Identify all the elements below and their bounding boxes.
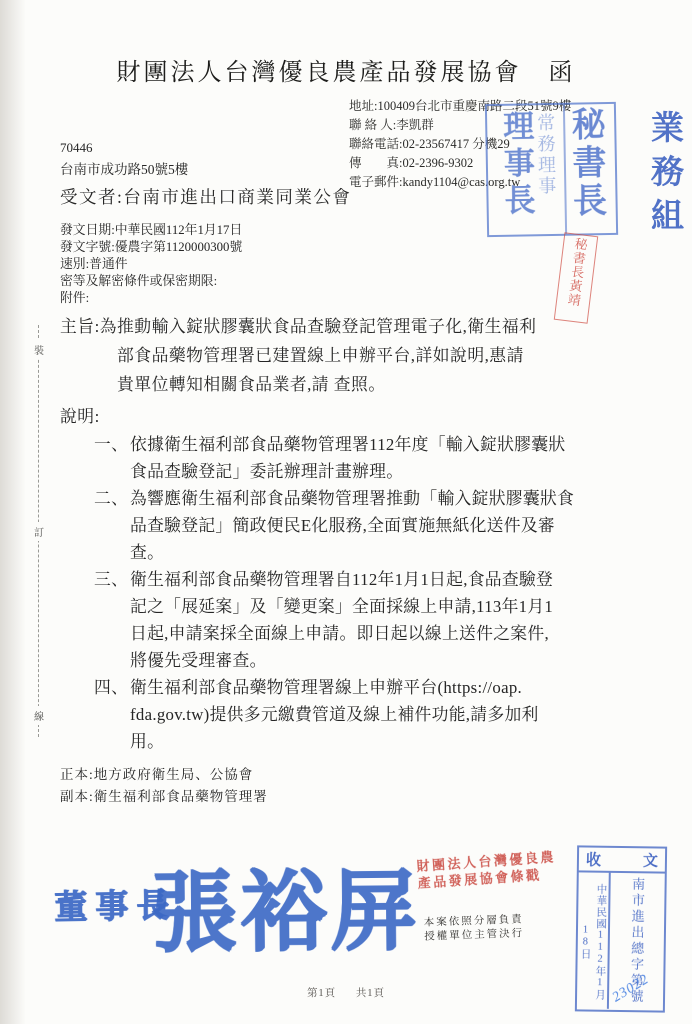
binding-mark-xian: 線 xyxy=(33,706,45,725)
list-item-line: 品查驗登記」簡政便民E化服務,全面實施無紙化送件及審 xyxy=(130,512,574,539)
list-item: 一、 依據衛生福利部食品藥物管理署112年度「輸入錠狀膠囊狀 食品查驗登記」委託… xyxy=(60,431,574,485)
receive-stamp-header-right: 文 xyxy=(643,849,658,870)
recipient-zip: 70446 xyxy=(60,140,93,156)
meta-classification: 密等及解密條件或保密期限: xyxy=(60,273,242,290)
list-item: 四、 衛生福利部食品藥物管理署線上申辦平台(https://oap. fda.g… xyxy=(60,674,574,755)
document-title: 財團法人台灣優良農產品發展協會 函 xyxy=(0,52,692,87)
meta-speed: 速別:普通件 xyxy=(60,256,242,273)
list-item-line: 食品查驗登記」委託辦理計畫辦理。 xyxy=(130,458,574,485)
list-item-line: 用。 xyxy=(130,728,574,755)
receive-stamp-number-column: 南市進出總字第號 23022 xyxy=(609,873,665,1010)
list-item: 三、 衛生福利部食品藥物管理署自112年1月1日起,食品查驗登 記之「展延案」及… xyxy=(60,566,574,674)
scanned-letter-page: 裝 訂 線 財團法人台灣優良農產品發展協會 函 地址:100409台北市重慶南路… xyxy=(0,0,692,1024)
binding-mark-ding: 訂 xyxy=(33,522,45,541)
approval-box-stamp: 理事長 常務理事 秘書長 xyxy=(485,102,618,237)
department-stamp: 業務組 xyxy=(641,110,688,242)
signature-name-stamp: 張裕屏 xyxy=(149,840,420,969)
list-item-marker: 二、 xyxy=(94,485,128,512)
list-item-line: fda.gov.tw)提供多元繳費管道及線上補件功能,請多加利 xyxy=(130,701,574,728)
page-total: 共1頁 xyxy=(356,988,385,999)
document-meta-block: 發文日期:中華民國112年1月17日 發文字號:優農字第1120000300號 … xyxy=(60,222,242,307)
list-item-line: 為響應衛生福利部食品藥物管理署推動「輸入錠狀膠囊狀食 xyxy=(130,485,574,512)
list-item-marker: 一、 xyxy=(94,431,128,458)
receive-stamp-date: 中華民國112年1月18日 xyxy=(577,872,611,1008)
subject-line: 貴單位轉知相關食品業者,請 查照。 xyxy=(117,370,536,399)
binding-marks: 裝 訂 線 xyxy=(33,325,45,737)
meta-issue-number: 發文字號:優農字第1120000300號 xyxy=(60,239,242,256)
copies-cc: 副本:衛生福利部食品藥物管理署 xyxy=(60,785,268,805)
list-item-line: 將優先受理審查。 xyxy=(130,647,574,674)
explanation-list: 一、 依據衛生福利部食品藥物管理署112年度「輸入錠狀膠囊狀 食品查驗登記」委託… xyxy=(60,431,574,755)
list-item: 二、 為響應衛生福利部食品藥物管理署推動「輸入錠狀膠囊狀食 品查驗登記」簡政便民… xyxy=(60,485,574,566)
meta-attachment: 附件: xyxy=(60,290,242,307)
association-strip-stamp: 財團法人台灣優良農 產品發展協會條戳 xyxy=(416,848,558,892)
list-item-marker: 三、 xyxy=(94,566,128,593)
list-item-line: 查。 xyxy=(130,539,574,566)
receive-stamp-header: 收 文 xyxy=(579,847,665,873)
meta-issue-date: 發文日期:中華民國112年1月17日 xyxy=(60,222,242,239)
list-item-line: 衛生福利部食品藥物管理署線上申辦平台(https://oap. xyxy=(130,674,574,701)
explanation-label: 說明: xyxy=(60,403,100,427)
approval-role-secretary-general: 秘書長 xyxy=(560,106,611,221)
subject-line: 主旨:為推動輸入錠狀膠囊狀食品查驗登記管理電子化,衛生福利 xyxy=(60,312,536,341)
list-item-line: 衛生福利部食品藥物管理署自112年1月1日起,食品查驗登 xyxy=(130,566,574,593)
delegation-note: 本案依照分層負責 授權單位主管決行 xyxy=(424,913,525,944)
receive-stamp-header-left: 收 xyxy=(586,849,601,870)
delegation-note-line: 授權單位主管決行 xyxy=(424,927,524,944)
page-current: 第1頁 xyxy=(307,988,336,999)
list-item-marker: 四、 xyxy=(94,674,128,701)
binding-mark-zhuang: 裝 xyxy=(33,340,45,359)
recipient-line: 受文者:台南市進出口商業同業公會 xyxy=(60,184,351,209)
receive-stamp-body: 中華民國112年1月18日 南市進出總字第號 23022 xyxy=(577,872,665,1009)
subject-paragraph: 主旨:為推動輸入錠狀膠囊狀食品查驗登記管理電子化,衛生福利 部食品藥物管理署已建… xyxy=(60,312,536,399)
list-item-line: 依據衛生福利部食品藥物管理署112年度「輸入錠狀膠囊狀 xyxy=(130,431,574,458)
scan-edge-shading xyxy=(0,0,26,1024)
list-item-line: 日起,申請案採全面線上申請。即日起以線上送件之案件, xyxy=(130,620,574,647)
list-item-line: 記之「展延案」及「變更案」全面採線上申請,113年1月1 xyxy=(130,593,574,620)
subject-line: 部食品藥物管理署已建置線上申辦平台,詳如說明,惠請 xyxy=(117,341,536,370)
approval-role-exec-director: 常務理事 xyxy=(532,113,559,197)
recipient-address: 台南市成功路50號5樓 xyxy=(60,158,188,178)
copies-original: 正本:地方政府衛生局、公協會 xyxy=(60,763,253,783)
receive-stamp: 收 文 中華民國112年1月18日 南市進出總字第號 23022 xyxy=(575,845,667,1012)
secretary-red-seal-text: 秘書長黃靖 xyxy=(563,234,591,308)
secretary-red-seal: 秘書長黃靖 xyxy=(554,232,598,323)
